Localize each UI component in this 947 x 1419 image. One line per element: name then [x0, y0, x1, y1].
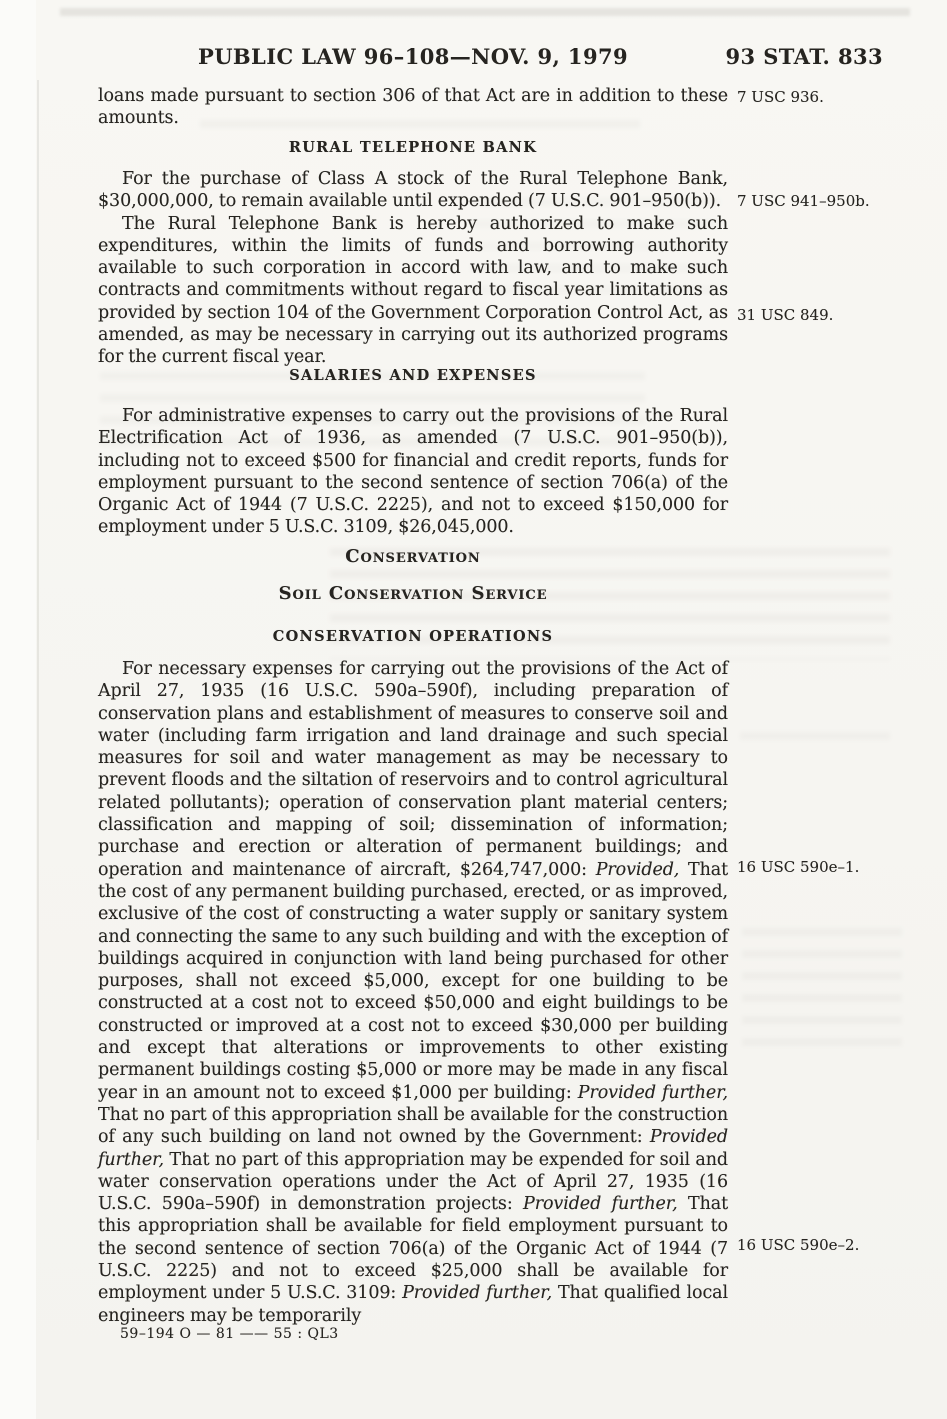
paragraph-text: loans made pursuant to section 306 of th…: [98, 85, 728, 130]
paragraph-text: For the purchase of Class A stock of the…: [98, 168, 728, 213]
bleed-through-artifact: [740, 732, 890, 748]
printers-imprint: 59–194 O — 81 —— 55 : QL3: [120, 1326, 339, 1342]
heading-salaries-and-expenses: SALARIES AND EXPENSES: [98, 367, 728, 384]
margin-note-usc-citation: 7 USC 941–950b.: [737, 192, 887, 211]
heading-rural-telephone-bank: RURAL TELEPHONE BANK: [98, 139, 728, 156]
paragraphs-rural-telephone-bank: For the purchase of Class A stock of the…: [98, 168, 728, 369]
bleed-through-artifact: [742, 928, 902, 1046]
heading-conservation: Conservation: [98, 546, 728, 567]
running-head-stat-page: 93 STAT. 833: [725, 44, 883, 69]
heading-conservation-operations: CONSERVATION OPERATIONS: [98, 628, 728, 645]
running-head-law-title: PUBLIC LAW 96–108—NOV. 9, 1979: [98, 44, 728, 69]
paragraph-text: For necessary expenses for carrying out …: [98, 658, 728, 1327]
paragraph-text: The Rural Telephone Bank is hereby autho…: [98, 213, 728, 369]
page-edge-line: [37, 80, 39, 1140]
margin-note-usc-citation: 7 USC 936.: [737, 88, 887, 107]
paragraph-text: For administrative expenses to carry out…: [98, 405, 728, 539]
scanner-margin-strip: [0, 0, 36, 1419]
heading-soil-conservation-service: Soil Conservation Service: [98, 583, 728, 604]
margin-note-usc-citation: 16 USC 590e–2.: [737, 1236, 887, 1255]
statute-page: PUBLIC LAW 96–108—NOV. 9, 1979 93 STAT. …: [0, 0, 947, 1419]
paragraph-conservation-operations: For necessary expenses for carrying out …: [98, 658, 728, 1327]
bleed-through-artifact: [60, 8, 910, 22]
paragraph-administrative-expenses: For administrative expenses to carry out…: [98, 405, 728, 539]
margin-note-usc-citation: 16 USC 590e–1.: [737, 858, 887, 877]
paragraph-loans-continuation: loans made pursuant to section 306 of th…: [98, 85, 728, 130]
margin-note-usc-citation: 31 USC 849.: [737, 306, 887, 325]
